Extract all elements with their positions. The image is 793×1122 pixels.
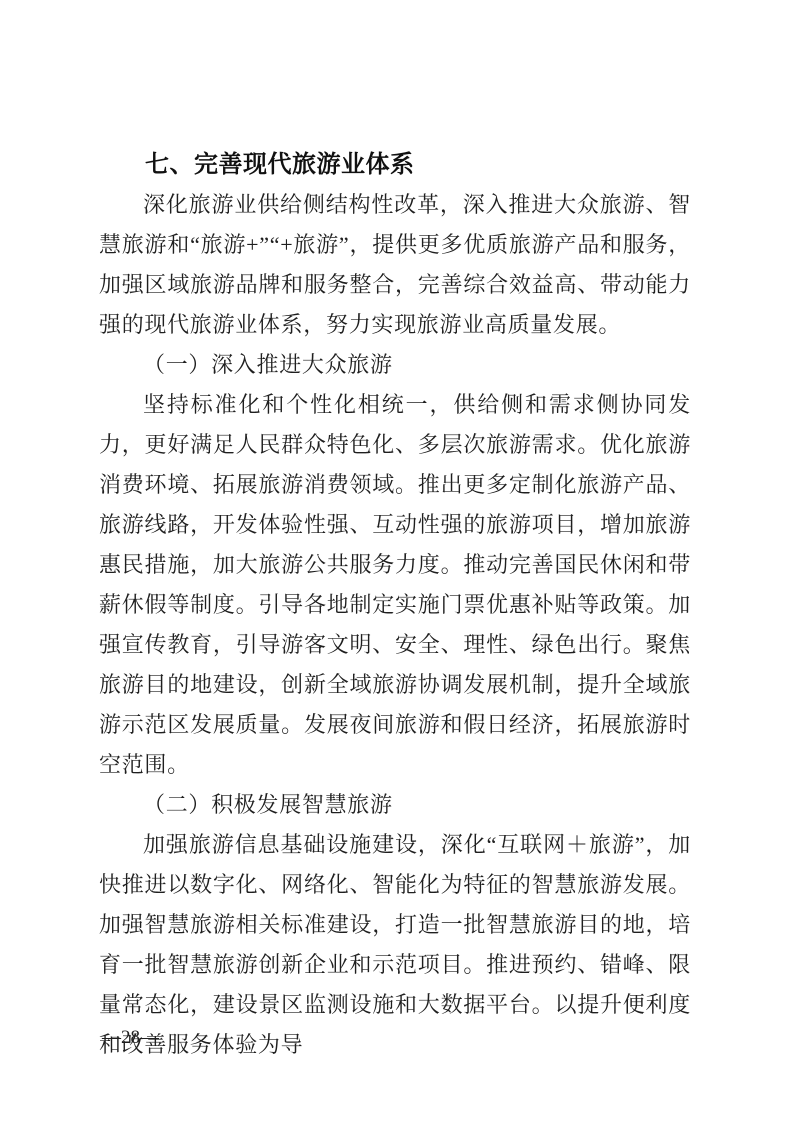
subsection-heading-2: （二）积极发展智慧旅游 bbox=[99, 785, 691, 825]
body-paragraph: 坚持标准化和个性化相统一，供给侧和需求侧协同发力，更好满足人民群众特色化、多层次… bbox=[99, 385, 691, 785]
document-page: 七、完善现代旅游业体系 深化旅游业供给侧结构性改革，深入推进大众旅游、智慧旅游和… bbox=[0, 0, 793, 1122]
body-paragraph: 深化旅游业供给侧结构性改革，深入推进大众旅游、智慧旅游和“旅游+”“+旅游”，提… bbox=[99, 185, 691, 345]
document-content: 七、完善现代旅游业体系 深化旅游业供给侧结构性改革，深入推进大众旅游、智慧旅游和… bbox=[99, 145, 691, 1065]
section-heading: 七、完善现代旅游业体系 bbox=[99, 145, 691, 185]
body-paragraph: 加强旅游信息基础设施建设，深化“互联网＋旅游”，加快推进以数字化、网络化、智能化… bbox=[99, 825, 691, 1065]
page-number: —28— bbox=[102, 1027, 159, 1049]
subsection-heading-1: （一）深入推进大众旅游 bbox=[99, 345, 691, 385]
